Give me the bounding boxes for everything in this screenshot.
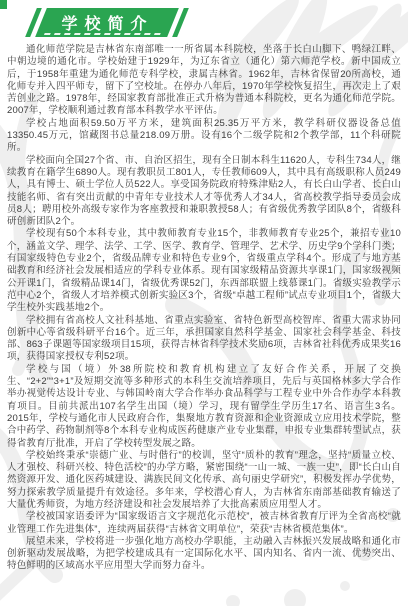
paragraph: 学校被国家语委评为“国家级语言文字规范化示范校”，被吉林省教育厅评为全省高校“就… <box>7 511 401 536</box>
corner-accent-mark <box>0 0 7 9</box>
brochure-page: 学校简介 通化师范学院是吉林省东南部唯一一所省属本科院校，坐落于长白山脚下、鸭绿… <box>0 0 408 606</box>
body-text: 通化师范学院是吉林省东南部唯一一所省属本科院校，坐落于长白山脚下、鸭绿江畔、中朝… <box>7 44 401 573</box>
paragraph: 学校始终秉承“崇德广业、与时偕行”的校训，坚守“质朴的教育”理念，坚持“质量立校… <box>7 450 401 511</box>
paragraph: 学校与国（境）外38所院校和教育机构建立了友好合作关系，开展了交换生、“2+2”… <box>7 364 401 450</box>
paragraph: 展望未来，学校将进一步强化地方高校办学职能，主动融入吉林振兴发展战略和通化市创新… <box>7 536 401 573</box>
paragraph: 学校面向全国27个省、市、自治区招生，现有全日制本科生11620人，专科生734… <box>7 155 401 229</box>
section-header-banner: 学校简介 <box>28 8 198 37</box>
paragraph: 学校占地面积59.50万平方米，建筑面积25.35万平方米，教学科研仪器设备总值… <box>7 118 401 155</box>
paragraph: 学校拥有省高校人文社科基地、省重点实验室、省特色新型高校智库、省重大需求协同创新… <box>7 315 401 364</box>
page-title: 学校简介 <box>41 8 167 36</box>
paragraph: 学校现有50个本科专业，其中教师教育专业15个，非教师教育专业25个，兼招专业1… <box>7 228 401 314</box>
paragraph: 通化师范学院是吉林省东南部唯一一所省属本科院校，坐落于长白山脚下、鸭绿江畔、中朝… <box>7 44 401 118</box>
